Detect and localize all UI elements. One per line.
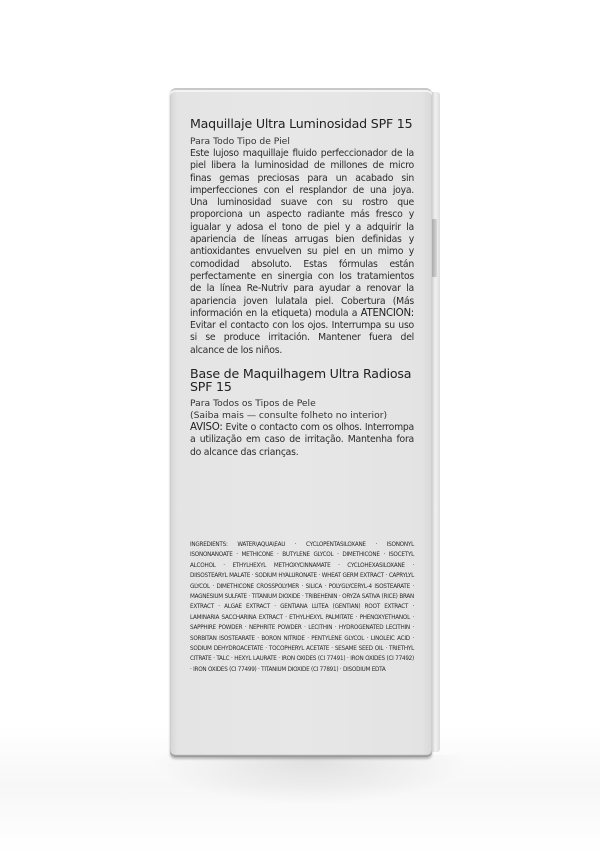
spanish-warning-label: ATENCION: <box>361 308 414 319</box>
spanish-skin-type: Para Todo Tipo de Piel <box>190 136 414 147</box>
spanish-warning-text: Evitar el contacto con los ojos. Interru… <box>190 320 414 356</box>
ingredients-list: Ingredients: Water\Aqua\Eau · Cyclopenta… <box>190 540 414 675</box>
spanish-product-title: Maquillaje Ultra Luminosidad SPF 15 <box>190 116 414 131</box>
portuguese-skin-type: Para Todos os Tipos de Pele <box>190 398 414 409</box>
box-closure-tab <box>432 219 437 277</box>
spanish-description-text: Este lujoso maquillaje fluido perfeccion… <box>190 148 414 319</box>
portuguese-warning-text: Evite o contacto com os olhos. Interromp… <box>190 422 414 458</box>
portuguese-warning: AVISO: Evite o contacto com os olhos. In… <box>190 422 414 459</box>
portuguese-leaflet-note: (Saiba mais — consulte folheto no interi… <box>190 410 414 421</box>
portuguese-product-title: Base de Maquilhagem Ultra Radiosa SPF 15 <box>190 367 414 393</box>
portuguese-warning-label: AVISO: <box>190 422 223 433</box>
floor-shadow <box>150 755 470 805</box>
product-box-side-edge <box>432 92 440 752</box>
label-text-block: Maquillaje Ultra Luminosidad SPF 15 Para… <box>190 116 414 459</box>
spanish-description: Este lujoso maquillaje fluido perfeccion… <box>190 148 414 357</box>
